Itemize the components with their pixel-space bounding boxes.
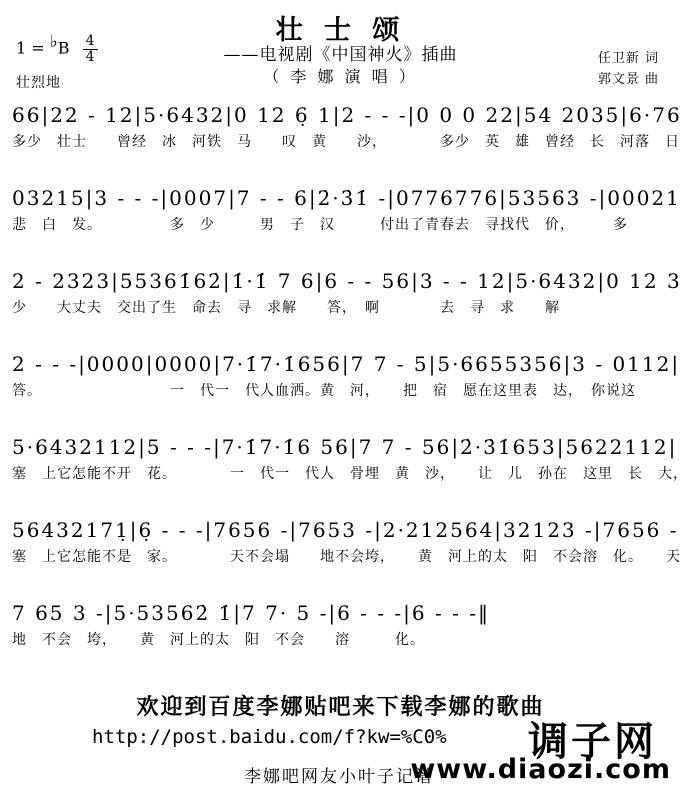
- notation-body: 66|22 - 12|5·6432|0 12 6̣ 1|2 - - -|0 0 …: [12, 100, 672, 681]
- lyrics-row: 地 不会 垮， 黄 河上的太 阳 不会 溶 化。: [12, 630, 672, 650]
- score-header: 壮 士 颂 ——电视剧《中国神火》插曲 （ 李 娜 演 唱 ） 任卫新 词 郭文…: [0, 0, 681, 96]
- key-label: 1 =: [16, 39, 50, 58]
- lyrics-row: 答。 一 代一 代人血洒。黄 河， 把 宿 愿在这里表 达， 你说这: [12, 381, 672, 401]
- notation-row: 2 - 2323|55361̇62̇|1̇·1̇ 7 6|6 - - 56|3 …: [12, 266, 672, 296]
- lyrics-row: 悲 白 发。 多 少 男 子 汉 付出了青春去 寻找代 价， 多: [12, 215, 672, 235]
- music-line-7: 7 65 3 -|5·53562̇ 1̇|7 7· 5 -|6 - - -|6 …: [12, 598, 672, 650]
- lyrics-row: 塞 上它怎能不开 花。 一 代一 代人 骨埋 黄 沙， 让 儿 孙在 这里 长 …: [12, 464, 672, 484]
- site-url: www.diaozi.com: [410, 754, 671, 785]
- music-line-2: 03215|3 - - -|0007|7 - - 6|2̇·3̇1̇ -|077…: [12, 183, 672, 235]
- composer-credit: 郭文景 曲: [598, 69, 659, 90]
- tempo-marking: 壮烈地: [16, 72, 61, 92]
- notation-row: 2 - - -|0000|0000|7·1̇7·1̇656|7 7 - 5|5·…: [12, 349, 672, 379]
- credits: 任卫新 词 郭文景 曲: [598, 48, 659, 91]
- time-denominator: 4: [83, 50, 98, 65]
- page-footer: 欢迎到百度李娜贴吧来下载李娜的歌曲 http://post.baidu.com/…: [0, 688, 681, 805]
- lyrics-row: 少 大丈夫 交出了生 命去 寻 求解 答， 啊 去 寻 求 解: [12, 298, 672, 318]
- notation-row: 56432171̣|6̣ - - -|7656 -|7653 -|2·21256…: [12, 515, 672, 545]
- music-line-3: 2 - 2323|55361̇62̇|1̇·1̇ 7 6|6 - - 56|3 …: [12, 266, 672, 318]
- music-line-1: 66|22 - 12|5·6432|0 12 6̣ 1|2 - - -|0 0 …: [12, 100, 672, 152]
- notation-row: 03215|3 - - -|0007|7 - - 6|2̇·3̇1̇ -|077…: [12, 183, 672, 213]
- performer-line: （ 李 娜 演 唱 ）: [0, 64, 681, 87]
- music-line-4: 2 - - -|0000|0000|7·1̇7·1̇656|7 7 - 5|5·…: [12, 349, 672, 401]
- notation-row: 7 65 3 -|5·53562̇ 1̇|7 7· 5 -|6 - - -|6 …: [12, 598, 672, 628]
- time-numerator: 4: [83, 34, 98, 50]
- lyrics-row: 多少 壮士 曾经 冰 河铁 马 叹 黄 沙， 多少 英 雄 曾经 长 河落 日: [12, 132, 672, 152]
- lyrics-row: 塞 上它怎能不是 家。 天不会塌 地不会垮， 黄 河上的太 阳 不会溶 化。 天…: [12, 547, 672, 567]
- download-url: http://post.baidu.com/f?kw=%C0%: [92, 726, 447, 748]
- lyricist-credit: 任卫新 词: [598, 48, 659, 69]
- song-subtitle: ——电视剧《中国神火》插曲: [0, 40, 681, 65]
- music-line-5: 5·6432112|5 - - -|7·1̇7·1̇6 56|7 7 - 56|…: [12, 432, 672, 484]
- time-signature: 4 4: [83, 34, 98, 64]
- notation-row: 66|22 - 12|5·6432|0 12 6̣ 1|2 - - -|0 0 …: [12, 100, 672, 130]
- flat-symbol: ♭: [50, 32, 58, 52]
- transcriber-credit: 李娜吧网友小叶子记谱: [244, 762, 434, 787]
- notation-row: 5·6432112|5 - - -|7·1̇7·1̇6 56|7 7 - 56|…: [12, 432, 672, 462]
- key-note: B: [58, 39, 70, 58]
- key-signature: 1 = ♭B 4 4: [16, 34, 98, 64]
- music-line-6: 56432171̣|6̣ - - -|7656 -|7653 -|2·21256…: [12, 515, 672, 567]
